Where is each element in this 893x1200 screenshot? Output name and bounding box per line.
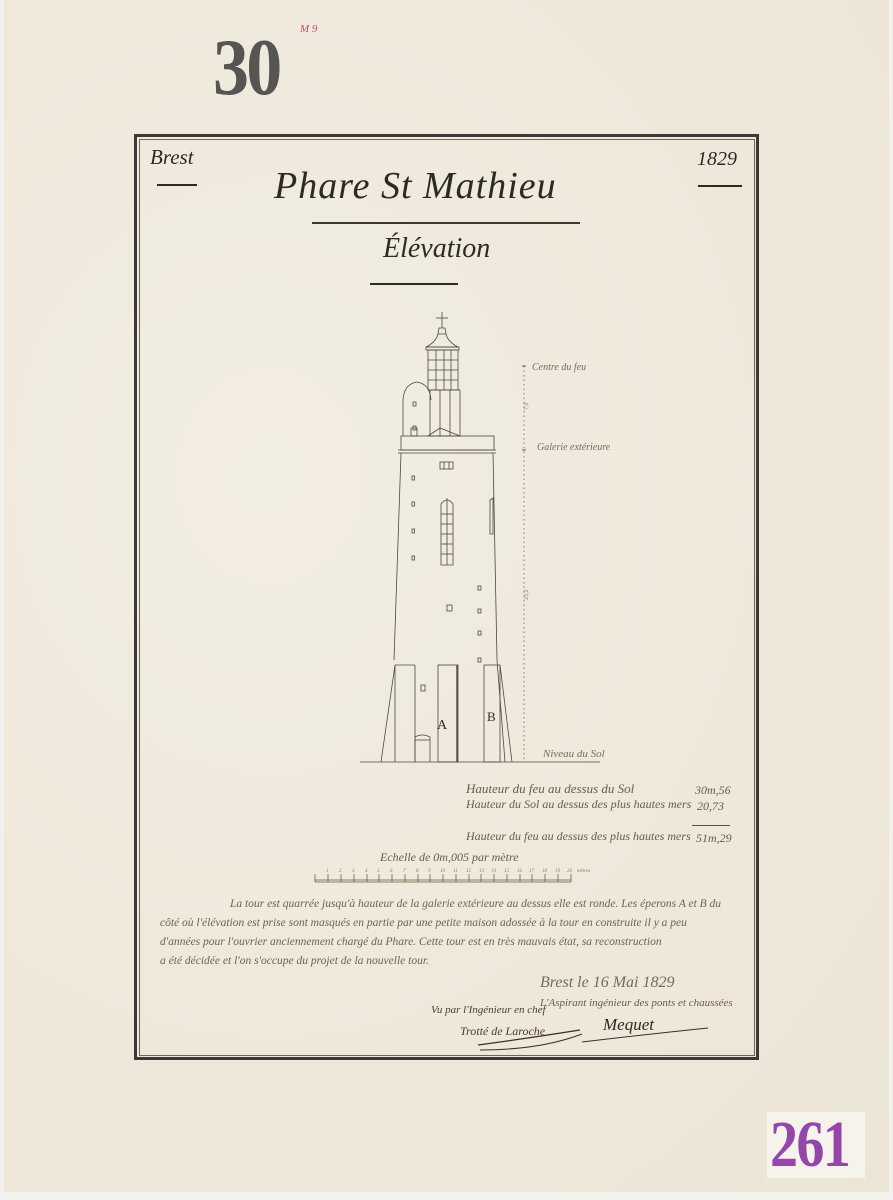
svg-text:2: 2 bbox=[339, 869, 342, 874]
city-underline bbox=[157, 184, 197, 186]
svg-text:1: 1 bbox=[326, 869, 329, 874]
center-of-fire-label: Centre du feu bbox=[532, 362, 586, 373]
dimension-upper: 7,0 bbox=[524, 403, 530, 411]
signature-flourish bbox=[470, 1020, 730, 1060]
buttress-b-label: B bbox=[487, 709, 496, 724]
dimension-row-label: Hauteur du feu au dessus du Sol bbox=[466, 781, 634, 797]
svg-text:11: 11 bbox=[453, 869, 458, 874]
svg-text:9: 9 bbox=[428, 869, 431, 874]
year-underline bbox=[698, 185, 742, 187]
svg-text:7: 7 bbox=[403, 869, 406, 874]
page-title: Phare St Mathieu bbox=[274, 164, 557, 208]
svg-text:mètres: mètres bbox=[577, 869, 590, 874]
description-line: d'années pour l'ouvrier anciennement cha… bbox=[160, 933, 742, 952]
signoff-date: Brest le 16 Mai 1829 bbox=[540, 974, 675, 992]
svg-text:15: 15 bbox=[504, 869, 510, 874]
description-line: a été décidée et l'on s'occupe du projet… bbox=[160, 952, 742, 971]
dimension-total-value: 51m,29 bbox=[696, 831, 732, 846]
svg-text:20: 20 bbox=[567, 869, 573, 874]
dimension-row-value: 30m,56 bbox=[695, 783, 731, 798]
archive-stamp-number: 261 bbox=[770, 1110, 849, 1180]
scale-title: Echelle de 0m,005 par mètre bbox=[380, 850, 519, 865]
city-label: Brest bbox=[150, 145, 194, 170]
dimension-lower: 23,2 bbox=[524, 590, 530, 601]
signoff-role: L'Aspirant ingénieur des ponts et chauss… bbox=[540, 997, 733, 1009]
svg-text:13: 13 bbox=[479, 869, 485, 874]
svg-text:19: 19 bbox=[555, 869, 561, 874]
svg-text:3: 3 bbox=[352, 869, 355, 874]
svg-text:12: 12 bbox=[466, 869, 472, 874]
buttress-a-label: A bbox=[437, 718, 448, 733]
svg-text:17: 17 bbox=[529, 869, 535, 874]
svg-text:4: 4 bbox=[365, 869, 368, 874]
scale-bar: 12 34 56 78 910 1112 1314 1516 1718 1920… bbox=[313, 866, 613, 886]
svg-text:14: 14 bbox=[491, 869, 497, 874]
svg-text:16: 16 bbox=[517, 869, 523, 874]
ground-level-label: Niveau du Sol bbox=[543, 748, 605, 760]
svg-text:6: 6 bbox=[390, 869, 393, 874]
svg-text:8: 8 bbox=[416, 869, 419, 874]
description-text: La tour est quarrée jusqu'à hauteur de l… bbox=[160, 895, 742, 971]
approval-note: Vu par l'Ingénieur en chef bbox=[431, 1004, 546, 1016]
archive-stamp: 261 bbox=[767, 1112, 865, 1178]
dimension-row-value: 20,73 bbox=[697, 799, 724, 814]
subtitle-underline bbox=[370, 283, 458, 285]
page-subtitle: Élévation bbox=[383, 233, 490, 265]
exterior-gallery-label: Galerie extérieure bbox=[537, 442, 610, 453]
description-line: côté où l'élévation est prise sont masqu… bbox=[160, 914, 742, 933]
description-line: La tour est quarrée jusqu'à hauteur de l… bbox=[160, 895, 742, 914]
catalog-number-stamp: 30 bbox=[213, 28, 280, 108]
catalog-annotation: M 9 bbox=[300, 24, 317, 35]
year-label: 1829 bbox=[697, 148, 737, 171]
svg-text:5: 5 bbox=[377, 869, 380, 874]
svg-text:10: 10 bbox=[440, 869, 446, 874]
dimension-total-label: Hauteur du feu au dessus des plus hautes… bbox=[466, 829, 691, 844]
dimension-row-label: Hauteur du Sol au dessus des plus hautes… bbox=[466, 797, 691, 812]
sum-rule bbox=[692, 825, 730, 826]
svg-text:18: 18 bbox=[542, 869, 548, 874]
title-underline bbox=[312, 222, 580, 224]
